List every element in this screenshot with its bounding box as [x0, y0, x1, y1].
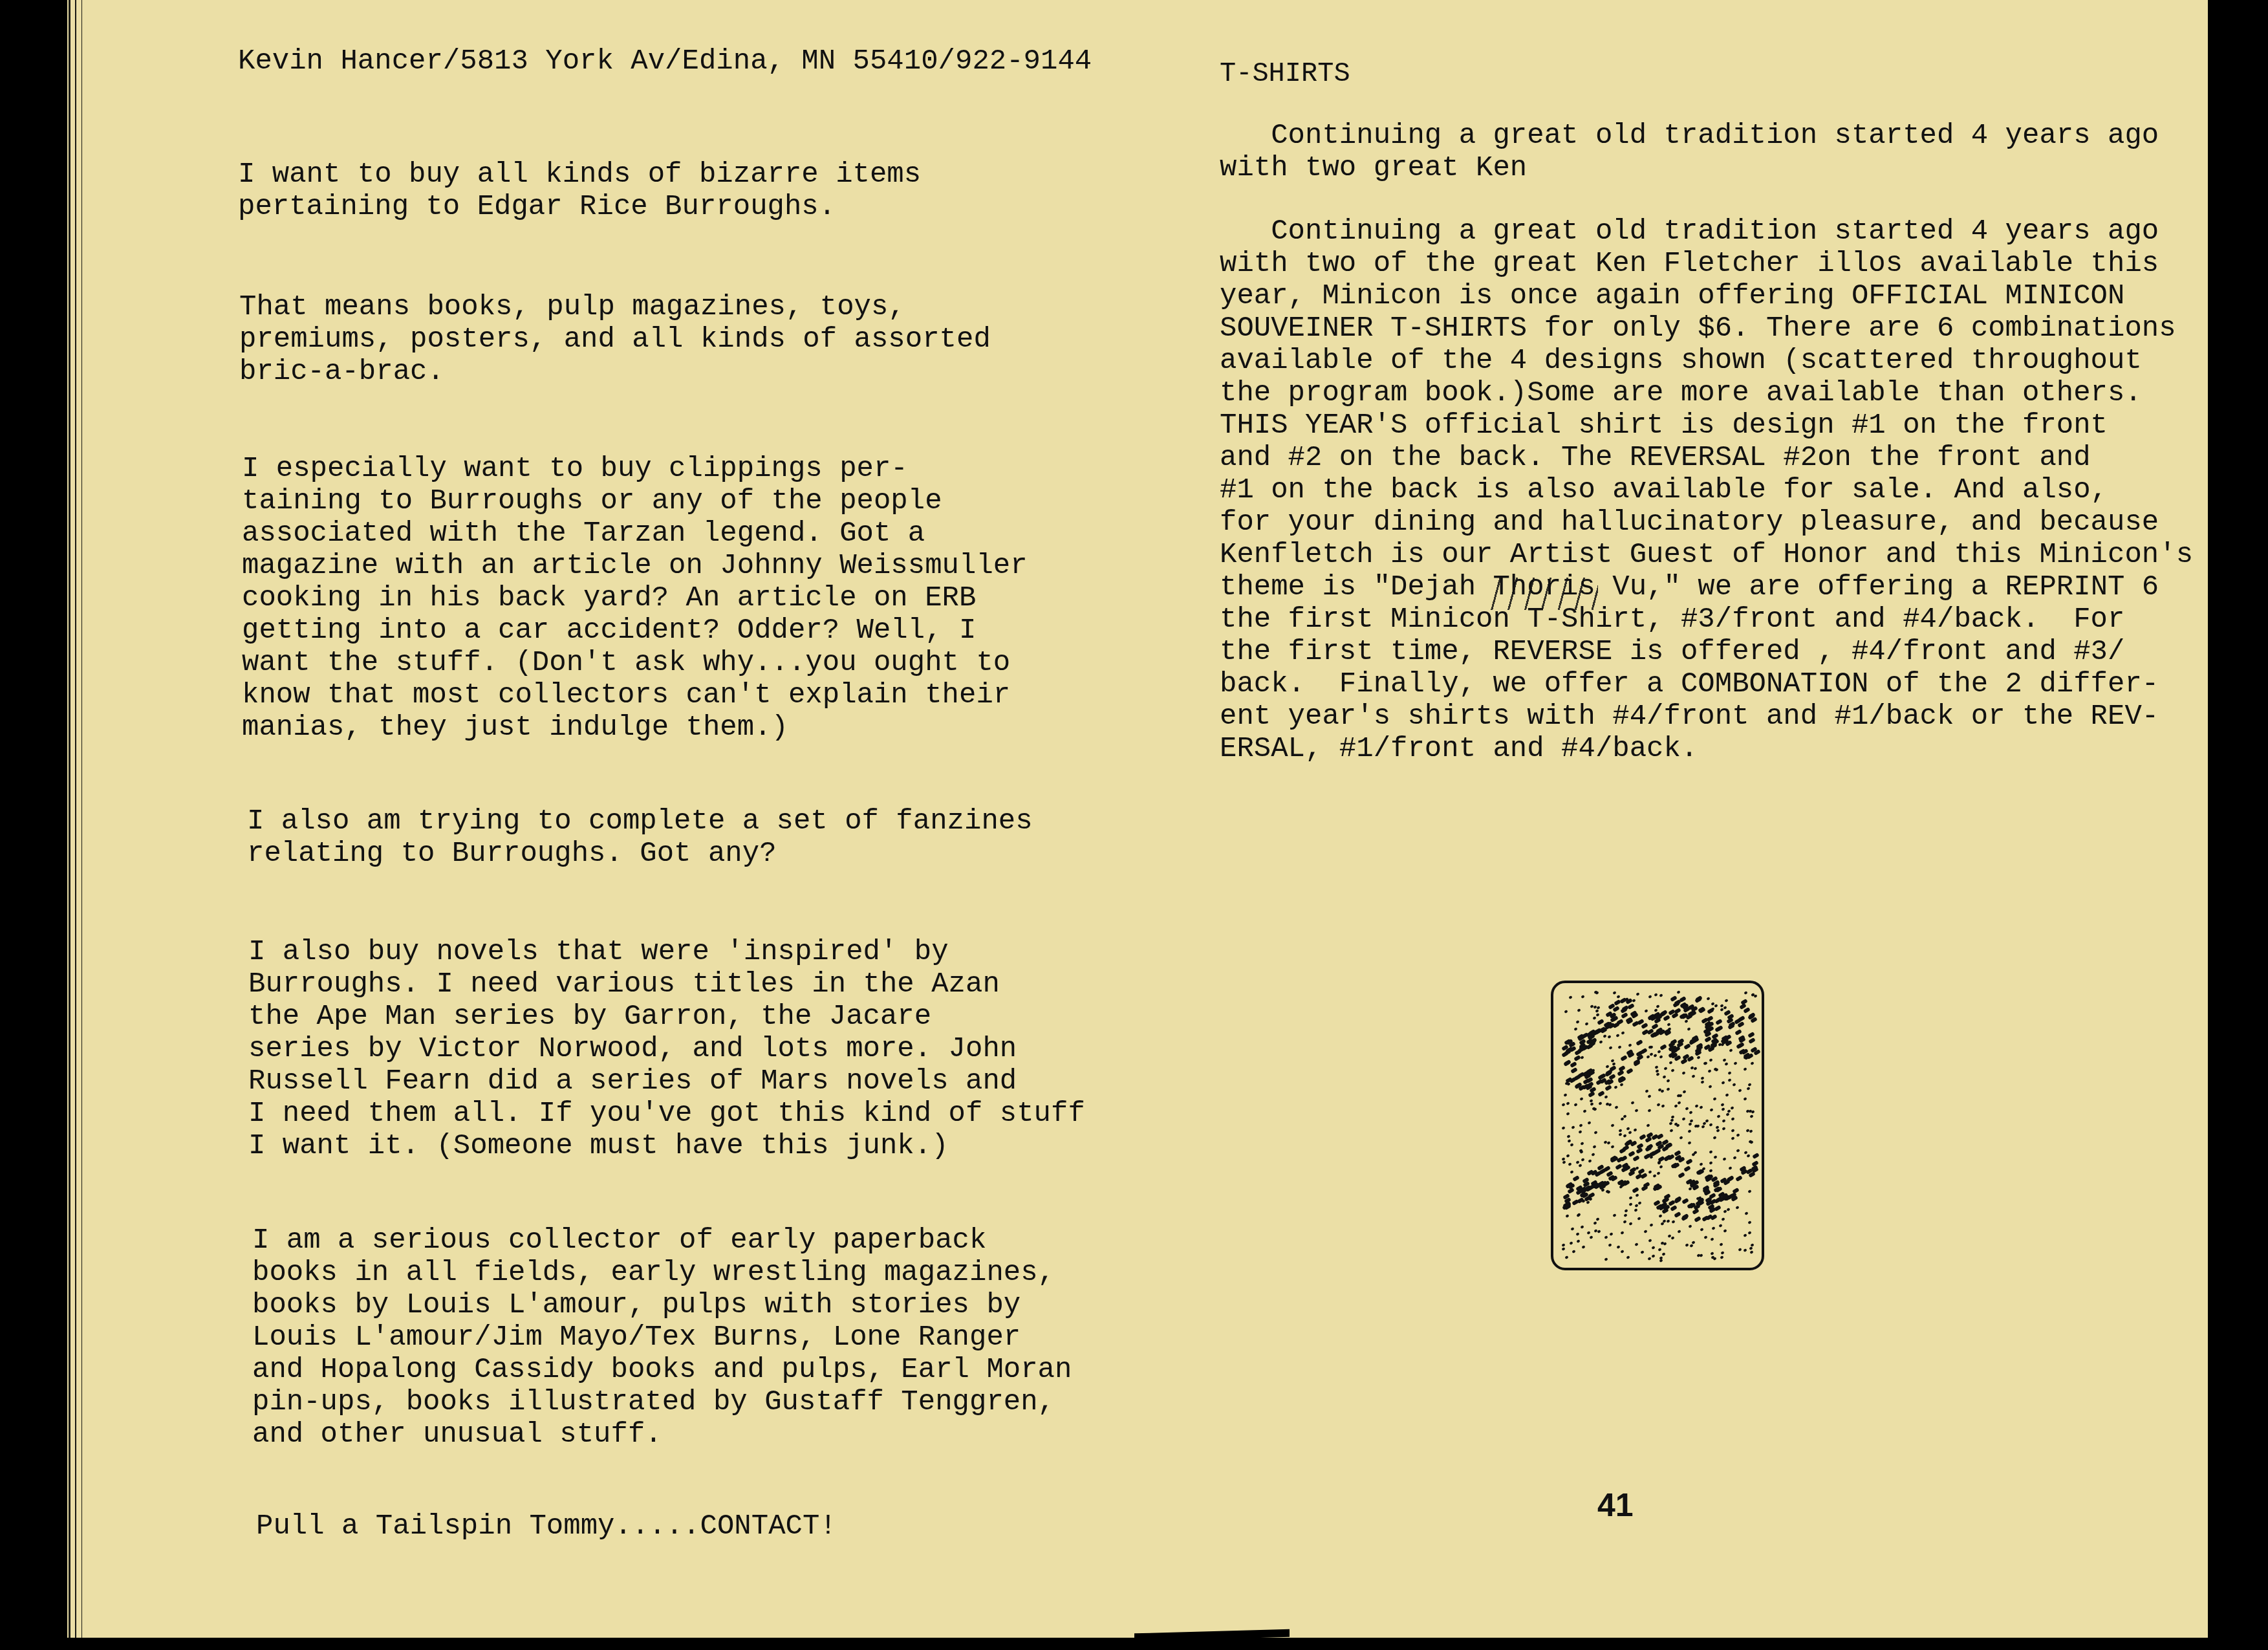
paragraph: I especially want to buy clippings per- …	[242, 453, 1028, 744]
paragraph: I also buy novels that were 'inspired' b…	[248, 936, 1085, 1162]
struck-out-word: Thoris	[1493, 571, 1595, 603]
spine-edge-line	[75, 0, 76, 1638]
contact-header: Kevin Hancer/5813 York Av/Edina, MN 5541…	[238, 45, 1092, 78]
section-heading: T-SHIRTS	[1220, 58, 1350, 89]
stipple-pattern	[1561, 991, 1754, 1260]
paragraph: That means books, pulp magazines, toys, …	[239, 291, 991, 388]
paragraph: I want to buy all kinds of bizarre items…	[238, 158, 921, 223]
spine-edge-line	[81, 0, 82, 1638]
closing-line: Pull a Tailspin Tommy.....CONTACT!	[256, 1510, 837, 1543]
spine-edge-line	[69, 0, 70, 1638]
t-shirt-design-illustration	[1551, 981, 1764, 1270]
page-number: 41	[1597, 1486, 1634, 1524]
paragraph: I am a serious collector of early paperb…	[252, 1224, 1072, 1451]
paragraph: I also am trying to complete a set of fa…	[247, 805, 1033, 870]
false-start-paragraph: Continuing a great old tradition started…	[1220, 120, 2159, 184]
tshirt-body-paragraph: Continuing a great old tradition started…	[1220, 215, 2193, 765]
